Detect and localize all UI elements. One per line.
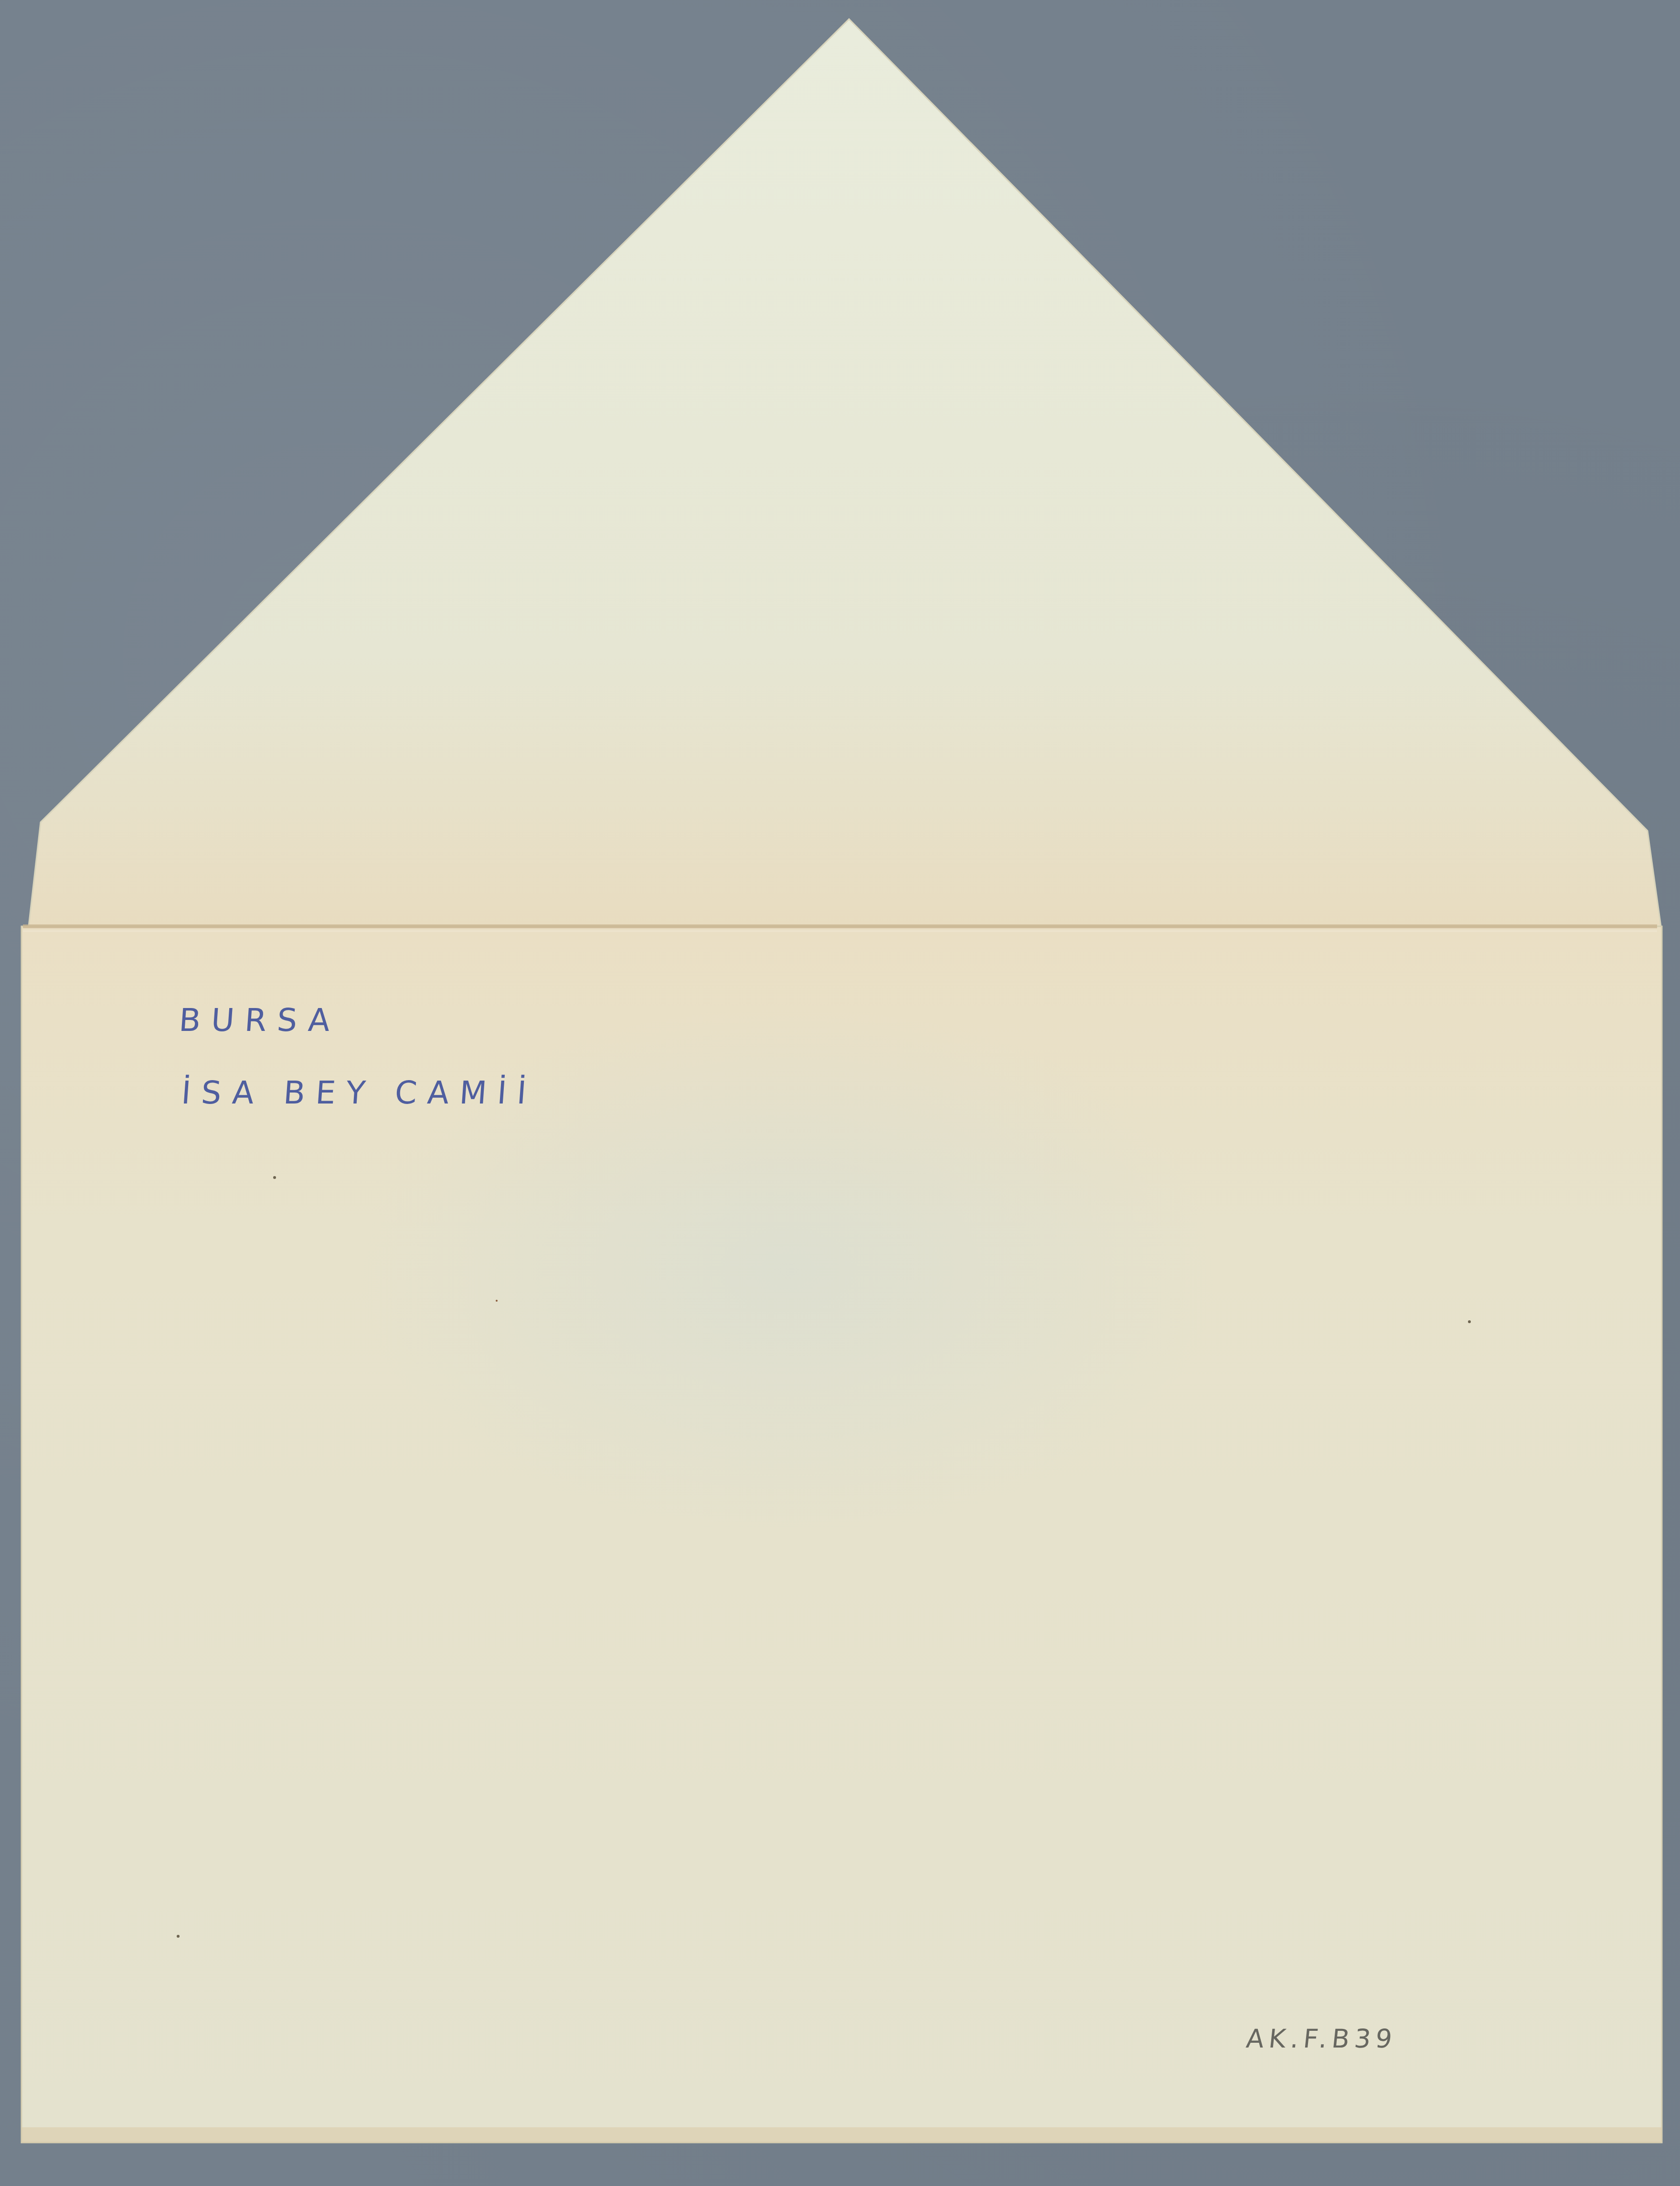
- envelope-flap: [29, 19, 1661, 926]
- paper-speck: [1468, 1320, 1471, 1323]
- pencil-catalog-number: AK.F.B39: [1245, 2024, 1398, 2054]
- label-word-bey: BEY: [282, 1074, 377, 1111]
- label-word-isa: İSA: [180, 1074, 266, 1111]
- paper-speck: [273, 1176, 276, 1179]
- handwritten-city-label: BURSA: [178, 1002, 341, 1039]
- scan-background: BURSA İSABEYCAMİİ AK.F.B39: [0, 0, 1680, 2186]
- handwritten-mosque-label: İSABEYCAMİİ: [180, 1074, 538, 1111]
- paper-speck: [496, 1300, 498, 1302]
- paper-speck: [177, 1935, 180, 1938]
- bottom-edge-shade: [21, 2127, 1662, 2143]
- label-word-camii: CAMİİ: [393, 1074, 538, 1111]
